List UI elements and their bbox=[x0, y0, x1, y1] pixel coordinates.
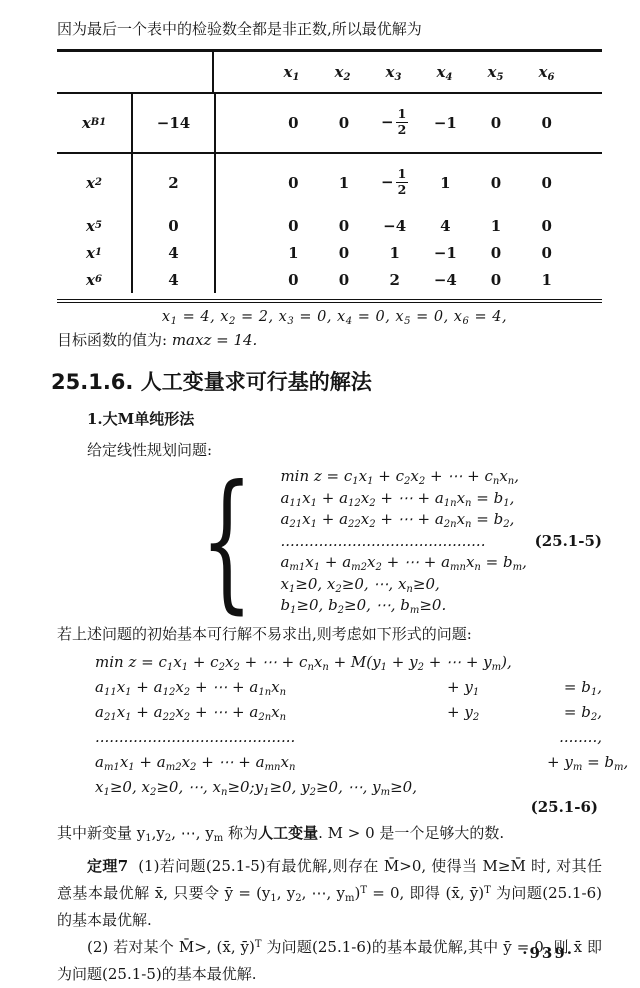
table-cell: 1 bbox=[471, 217, 522, 235]
table-cell: 0 bbox=[268, 271, 319, 289]
table-cell: 0 bbox=[268, 217, 319, 235]
simplex-table: x1x2x3x4x5x6xB1−1400−12−100x2201−12100x5… bbox=[57, 49, 602, 303]
row-label-cell: x6 bbox=[57, 266, 133, 293]
table-cell: 1 bbox=[369, 244, 420, 262]
eq-mid-part bbox=[447, 775, 547, 800]
table-cell: 0 bbox=[471, 271, 522, 289]
table-cell: 0 bbox=[268, 174, 319, 192]
row-label-cell: xB1 bbox=[57, 94, 133, 152]
theorem-part1: (1)若问题(25.1-5)有最优解,则存在 M̄>0, 使得当 M≥M̄ 时,… bbox=[57, 857, 602, 929]
artificial-post: . M > 0 是一个足够大的数. bbox=[318, 824, 504, 842]
intro-paragraph: 因为最后一个表中的检验数全都是非正数,所以最优解为 bbox=[57, 16, 602, 43]
table-cell: −4 bbox=[420, 271, 471, 289]
eq-25-1-6-label: (25.1-6) bbox=[57, 798, 598, 816]
table-cell: 0 bbox=[471, 244, 522, 262]
row-label-cell: x2 bbox=[57, 154, 133, 212]
column-header: x6 bbox=[521, 63, 572, 81]
equation-25-1-6: min z = c1x1 + c2x2 + ⋯ + cnxn + M(y1 + … bbox=[57, 650, 602, 800]
table-cell: 0 bbox=[471, 114, 522, 132]
objective-value-line: 目标函数的值为: maxz = 14. bbox=[57, 327, 602, 354]
theorem-part2-paragraph: (2) 若对某个 M̄>, (x̄, ȳ)T 为问题(25.1-6)的基本最优解… bbox=[57, 934, 602, 988]
table-cell: 0 bbox=[319, 244, 370, 262]
table-cell: 1 bbox=[319, 174, 370, 192]
table-cell: 1 bbox=[521, 271, 572, 289]
column-header: x5 bbox=[470, 63, 521, 81]
equation-line: ........................................… bbox=[280, 531, 526, 553]
eq-mid-part: + y1 bbox=[447, 675, 547, 700]
eq-main-part: a21x1 + a22x2 + ⋯ + a2nxn bbox=[57, 700, 447, 725]
equation-line: x1≥0, x2≥0, ⋯, xn≥0;y1≥0, y2≥0, ⋯, ym≥0, bbox=[57, 775, 602, 800]
eq-main-part: ........................................… bbox=[57, 725, 447, 750]
page-number: ·939· bbox=[522, 944, 574, 962]
given-lp-line: 给定线性规划问题: bbox=[57, 437, 602, 464]
table-row: x5000−4410 bbox=[57, 212, 602, 239]
section-title: 人工变量求可行基的解法 bbox=[141, 370, 372, 394]
eq-right-part bbox=[547, 775, 602, 800]
row-value-cell: −14 bbox=[133, 94, 216, 152]
row-data-cells: 002−401 bbox=[216, 266, 602, 293]
row-data-cells: 00−4410 bbox=[216, 212, 602, 239]
section-heading: 25.1.6. 人工变量求可行基的解法 bbox=[51, 366, 602, 396]
eq-right-part: + ym = bm, bbox=[547, 750, 628, 775]
row-value-cell: 0 bbox=[133, 212, 216, 239]
table-cell: −4 bbox=[369, 217, 420, 235]
equation-line: b1≥0, b2≥0, ⋯, bm≥0. bbox=[280, 595, 526, 617]
table-cell: 1 bbox=[420, 174, 471, 192]
table-cell: 0 bbox=[521, 244, 572, 262]
table-row: x14101−100 bbox=[57, 239, 602, 266]
table-cell: −1 bbox=[420, 244, 471, 262]
equation-line: ........................................… bbox=[57, 725, 602, 750]
book-page: 因为最后一个表中的检验数全都是非正数,所以最优解为 x1x2x3x4x5x6xB… bbox=[0, 0, 640, 988]
table-cell: −1 bbox=[420, 114, 471, 132]
column-header: x3 bbox=[368, 63, 419, 81]
table-header-row: x1x2x3x4x5x6 bbox=[57, 52, 602, 94]
table-cell: 1 bbox=[268, 244, 319, 262]
equation-line: min z = c1x1 + c2x2 + ⋯ + cnxn + M(y1 + … bbox=[57, 650, 602, 675]
column-header: x2 bbox=[317, 63, 368, 81]
objective-value: maxz = 14. bbox=[172, 331, 258, 349]
table-row: xB1−1400−12−100 bbox=[57, 94, 602, 154]
table-cell: 0 bbox=[471, 174, 522, 192]
eq-mid-part: + y2 bbox=[447, 700, 547, 725]
equation-line: a21x1 + a22x2 + ⋯ + a2nxn+ y2= b2, bbox=[57, 700, 602, 725]
eq-right-part: = b2, bbox=[547, 700, 602, 725]
subsection-heading: 1.大M单纯形法 bbox=[57, 406, 602, 433]
table-cell: −12 bbox=[369, 168, 420, 198]
header-data-cells: x1x2x3x4x5x6 bbox=[214, 52, 602, 92]
eq-25-1-5-label: (25.1-5) bbox=[535, 532, 602, 550]
objective-label: 目标函数的值为: bbox=[57, 331, 172, 349]
table-cell: 0 bbox=[268, 114, 319, 132]
table-cell: 0 bbox=[521, 114, 572, 132]
table-row: x2201−12100 bbox=[57, 154, 602, 212]
artificial-bold-term: 人工变量 bbox=[258, 824, 318, 842]
eq-25-1-5-lines: min z = c1x1 + c2x2 + ⋯ + cnxn,a11x1 + a… bbox=[274, 466, 526, 617]
row-data-cells: 00−12−100 bbox=[216, 94, 602, 152]
consider-paragraph: 若上述问题的初始基本可行解不易求出,则考虑如下形式的问题: bbox=[57, 621, 602, 648]
eq-right-part: = b1, bbox=[547, 675, 602, 700]
eq-mid-part bbox=[512, 650, 612, 675]
table-cell: −12 bbox=[369, 108, 420, 138]
table-row: x64002−401 bbox=[57, 266, 602, 293]
equation-line: am1x1 + am2x2 + ⋯ + amnxn+ ym = bm, bbox=[57, 750, 602, 775]
row-data-cells: 101−100 bbox=[216, 239, 602, 266]
row-value-cell: 4 bbox=[133, 266, 216, 293]
equation-line: a11x1 + a12x2 + ⋯ + a1nxn = b1, bbox=[280, 488, 526, 510]
column-header: x4 bbox=[419, 63, 470, 81]
eq-main-part: min z = c1x1 + c2x2 + ⋯ + cnxn + M(y1 + … bbox=[57, 650, 512, 675]
eq-main-part: a11x1 + a12x2 + ⋯ + a1nxn bbox=[57, 675, 447, 700]
equation-line: min z = c1x1 + c2x2 + ⋯ + cnxn, bbox=[280, 466, 526, 488]
left-brace: { bbox=[200, 466, 252, 616]
table-cell: 0 bbox=[521, 217, 572, 235]
eq-mid-part bbox=[447, 750, 547, 775]
theorem-heading: 定理7 bbox=[87, 857, 128, 875]
row-label-cell: x1 bbox=[57, 239, 133, 266]
table-cell: 0 bbox=[319, 217, 370, 235]
header-label-cell bbox=[57, 52, 131, 92]
eq-main-part: am1x1 + am2x2 + ⋯ + amnxn bbox=[57, 750, 447, 775]
eq-right-part: ........, bbox=[547, 725, 602, 750]
artificial-variable-paragraph: 其中新变量 y1,y2, ⋯, ym 称为人工变量. M > 0 是一个足够大的… bbox=[57, 820, 602, 847]
row-label-cell: x5 bbox=[57, 212, 133, 239]
table-cell: 2 bbox=[369, 271, 420, 289]
equation-line: a11x1 + a12x2 + ⋯ + a1nxn+ y1= b1, bbox=[57, 675, 602, 700]
solution-values-line: x1 = 4, x2 = 2, x3 = 0, x4 = 0, x5 = 0, … bbox=[67, 309, 602, 325]
eq-mid-part bbox=[447, 725, 547, 750]
row-value-cell: 2 bbox=[133, 154, 216, 212]
table-cell: 0 bbox=[319, 114, 370, 132]
row-data-cells: 01−12100 bbox=[216, 154, 602, 212]
table-cell: 0 bbox=[319, 271, 370, 289]
eq-main-part: x1≥0, x2≥0, ⋯, xn≥0;y1≥0, y2≥0, ⋯, ym≥0, bbox=[57, 775, 447, 800]
header-value-cell bbox=[131, 52, 214, 92]
row-value-cell: 4 bbox=[133, 239, 216, 266]
table-cell: 4 bbox=[420, 217, 471, 235]
section-number: 25.1.6. bbox=[51, 370, 133, 394]
column-header: x1 bbox=[266, 63, 317, 81]
equation-25-1-5: { min z = c1x1 + c2x2 + ⋯ + cnxn,a11x1 +… bbox=[179, 466, 602, 617]
table-cell: 0 bbox=[521, 174, 572, 192]
equation-line: x1≥0, x2≥0, ⋯, xn≥0, bbox=[280, 574, 526, 596]
artificial-pre: 其中新变量 y1,y2, ⋯, ym 称为 bbox=[57, 824, 258, 842]
equation-line: am1x1 + am2x2 + ⋯ + amnxn = bm, bbox=[280, 552, 526, 574]
equation-line: a21x1 + a22x2 + ⋯ + a2nxn = b2, bbox=[280, 509, 526, 531]
theorem-paragraph: 定理7(1)若问题(25.1-5)有最优解,则存在 M̄>0, 使得当 M≥M̄… bbox=[57, 853, 602, 934]
